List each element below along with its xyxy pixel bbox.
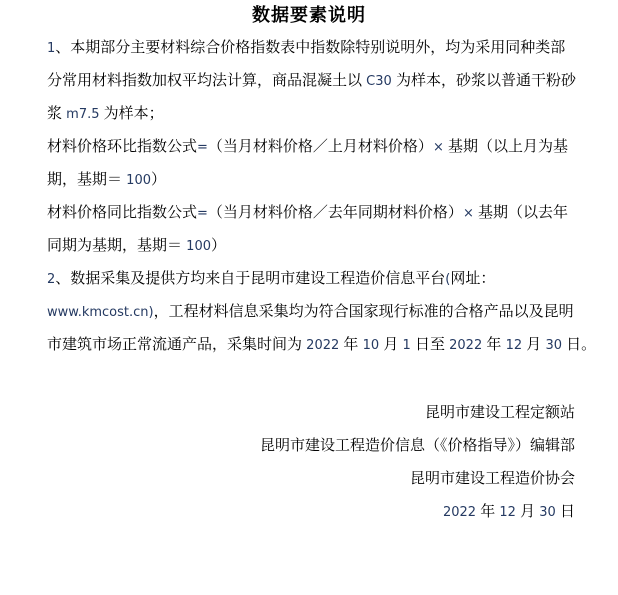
latin-text-run: ( xyxy=(445,272,450,287)
body-line-1: 1、本期部分主要材料综合价格指数表中指数除特别说明外，均为采用同种类部 xyxy=(47,31,575,64)
body-line-8: 2、数据采集及提供方均来自于昆明市建设工程造价信息平台(网址： xyxy=(47,262,575,295)
latin-text-run: 2022 xyxy=(449,338,482,353)
latin-text-run: 1 xyxy=(47,41,55,56)
latin-text-run: 1 xyxy=(403,338,411,353)
latin-text-run: m7.5 xyxy=(66,107,99,122)
body-line-3: 浆 m7.5 为样本； xyxy=(47,97,575,130)
body-line-5: 期，基期＝ 100） xyxy=(47,163,575,196)
signature-line-editorial-dept: 昆明市建设工程造价信息（《价格指导》）编辑部 xyxy=(47,429,575,462)
body-line-2: 分常用材料指数加权平均法计算，商品混凝土以 C30 为样本，砂浆以普通干粉砂 xyxy=(47,64,575,97)
latin-text-run: 2022 xyxy=(306,338,339,353)
latin-text-run: C30 xyxy=(366,74,392,89)
latin-text-run: = xyxy=(197,206,208,221)
latin-text-run: 12 xyxy=(499,505,516,520)
signature-line-quota-station: 昆明市建设工程定额站 xyxy=(47,396,575,429)
document-date: 2022 年 12 月 30 日 xyxy=(47,495,575,528)
latin-text-run: 10 xyxy=(363,338,380,353)
latin-text-run: 2022 xyxy=(443,505,476,520)
latin-text-run: × xyxy=(463,206,474,221)
document-body: 1、本期部分主要材料综合价格指数表中指数除特别说明外，均为采用同种类部 分常用材… xyxy=(47,31,575,528)
signature-line-cost-association: 昆明市建设工程造价协会 xyxy=(47,462,575,495)
body-line-7: 同期为基期，基期＝ 100） xyxy=(47,229,575,262)
document-page: 数据要素说明 1、本期部分主要材料综合价格指数表中指数除特别说明外，均为采用同种… xyxy=(0,0,618,595)
document-title: 数据要素说明 xyxy=(0,0,618,31)
latin-text-run: www.kmcost.cn) xyxy=(47,305,154,320)
latin-text-run: 12 xyxy=(506,338,523,353)
latin-text-run: 30 xyxy=(545,338,562,353)
body-line-10: 市建筑市场正常流通产品，采集时间为 2022 年 10 月 1 日至 2022 … xyxy=(47,328,575,361)
latin-text-run: × xyxy=(433,140,444,155)
body-line-4: 材料价格环比指数公式=（当月材料价格／上月材料价格）× 基期（以上月为基 xyxy=(47,130,575,163)
latin-text-run: = xyxy=(197,140,208,155)
signature-block: 昆明市建设工程定额站 昆明市建设工程造价信息（《价格指导》）编辑部 昆明市建设工… xyxy=(47,396,575,528)
latin-text-run: 2 xyxy=(47,272,55,287)
latin-text-run: 100 xyxy=(126,173,151,188)
body-line-9: www.kmcost.cn)，工程材料信息采集均为符合国家现行标准的合格产品以及… xyxy=(47,295,575,328)
body-line-6: 材料价格同比指数公式=（当月材料价格／去年同期材料价格）× 基期（以去年 xyxy=(47,196,575,229)
latin-text-run: 100 xyxy=(186,239,211,254)
latin-text-run: 30 xyxy=(539,505,556,520)
